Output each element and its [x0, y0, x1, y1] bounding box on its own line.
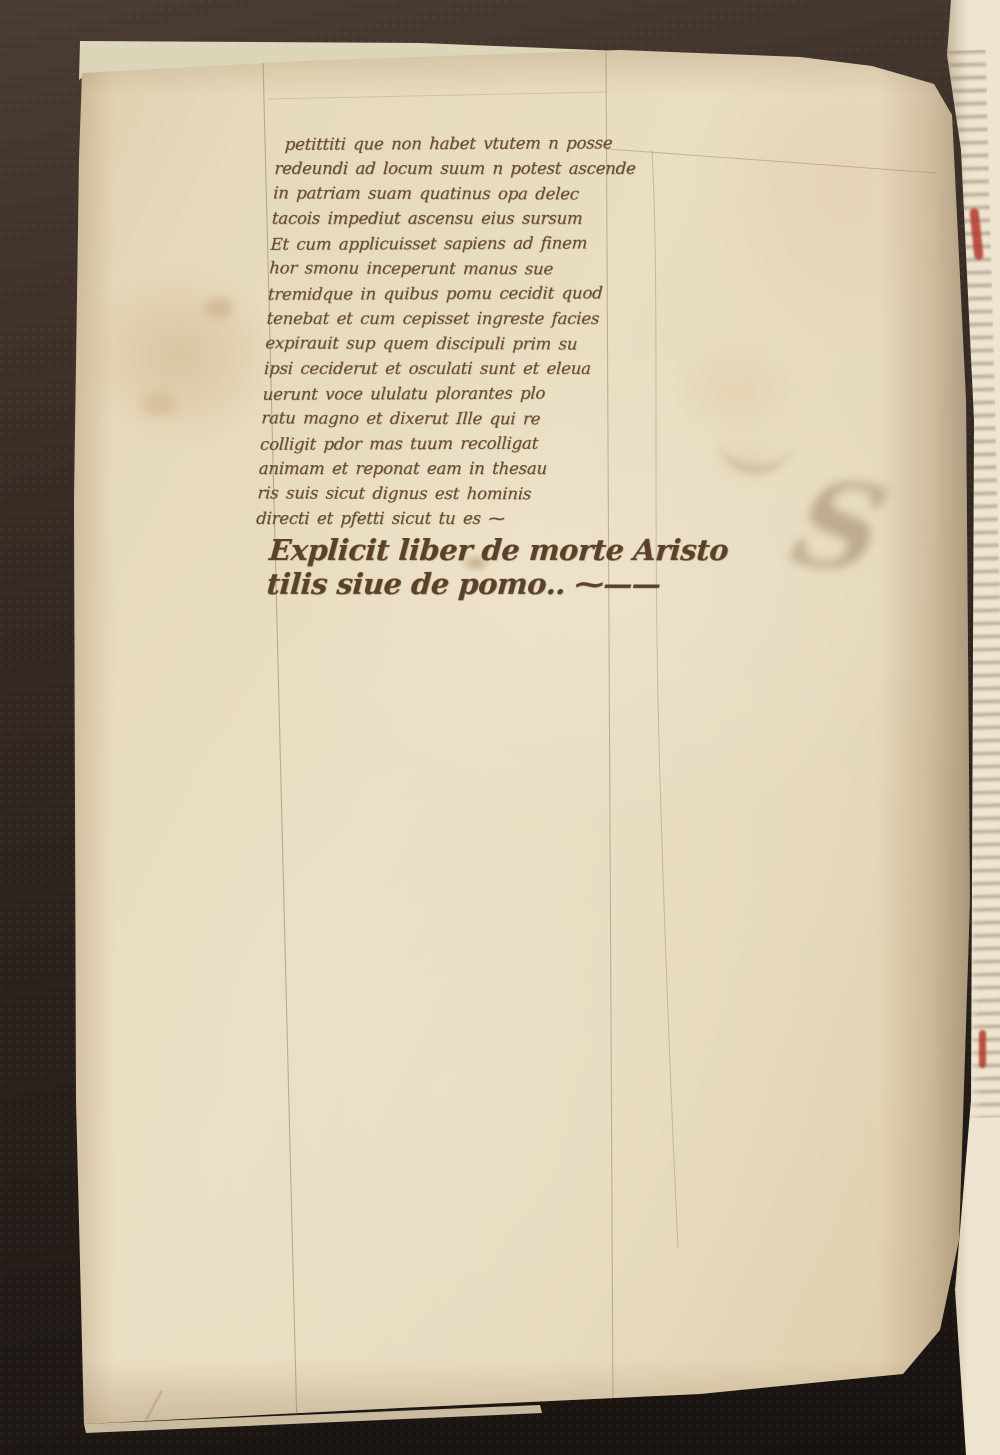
- rubric-paraph-mark: [979, 1030, 986, 1068]
- text-line: hor smonu inceperunt manus sue: [269, 255, 648, 281]
- text-line: expirauit sup quem discipuli prim su: [265, 330, 644, 356]
- text-line: ratu magno et dixerut Ille qui re: [261, 405, 640, 431]
- text-line: Et cum applicuisset sapiens ad finem: [270, 230, 649, 257]
- text-line: redeundi ad locum suum n potest ascende: [274, 156, 653, 181]
- text-line: petittiti que non habet vtutem n posse: [275, 130, 654, 157]
- text-line: directi et pfetti sicut tu es ⁓: [256, 506, 635, 531]
- manuscript-page: petittiti que non habet vtutem n possere…: [0, 0, 1000, 1455]
- text-line: animam et reponat eam in thesau: [258, 456, 637, 481]
- text-line: colligit pdor mas tuum recolligat: [259, 430, 638, 457]
- text-line: uerunt voce ululatu plorantes plo: [262, 380, 641, 407]
- explicit-line-2: tilis siue de pomo‥ ⁓——: [266, 567, 727, 601]
- manuscript-photo: petittiti que non habet vtutem n possere…: [0, 0, 1000, 1455]
- explicit-colophon: Explicit liber de morte Aristo tilis siu…: [266, 533, 730, 601]
- text-line: tacois impediut ascensu eius sursum: [271, 206, 650, 231]
- text-line: tremidque in quibus pomu cecidit quod: [267, 280, 646, 307]
- text-line: ipsi ceciderut et osculati sunt et eleua: [263, 356, 642, 381]
- text-line: tenebat et cum cepisset ingreste facies: [266, 306, 645, 331]
- text-line: ris suis sicut dignus est hominis: [257, 480, 636, 506]
- text-block: petittiti que non habet vtutem n possere…: [256, 131, 655, 531]
- explicit-line-1: Explicit liber de morte Aristo: [268, 533, 729, 567]
- text-line: in patriam suam quatinus opa delec: [273, 180, 652, 206]
